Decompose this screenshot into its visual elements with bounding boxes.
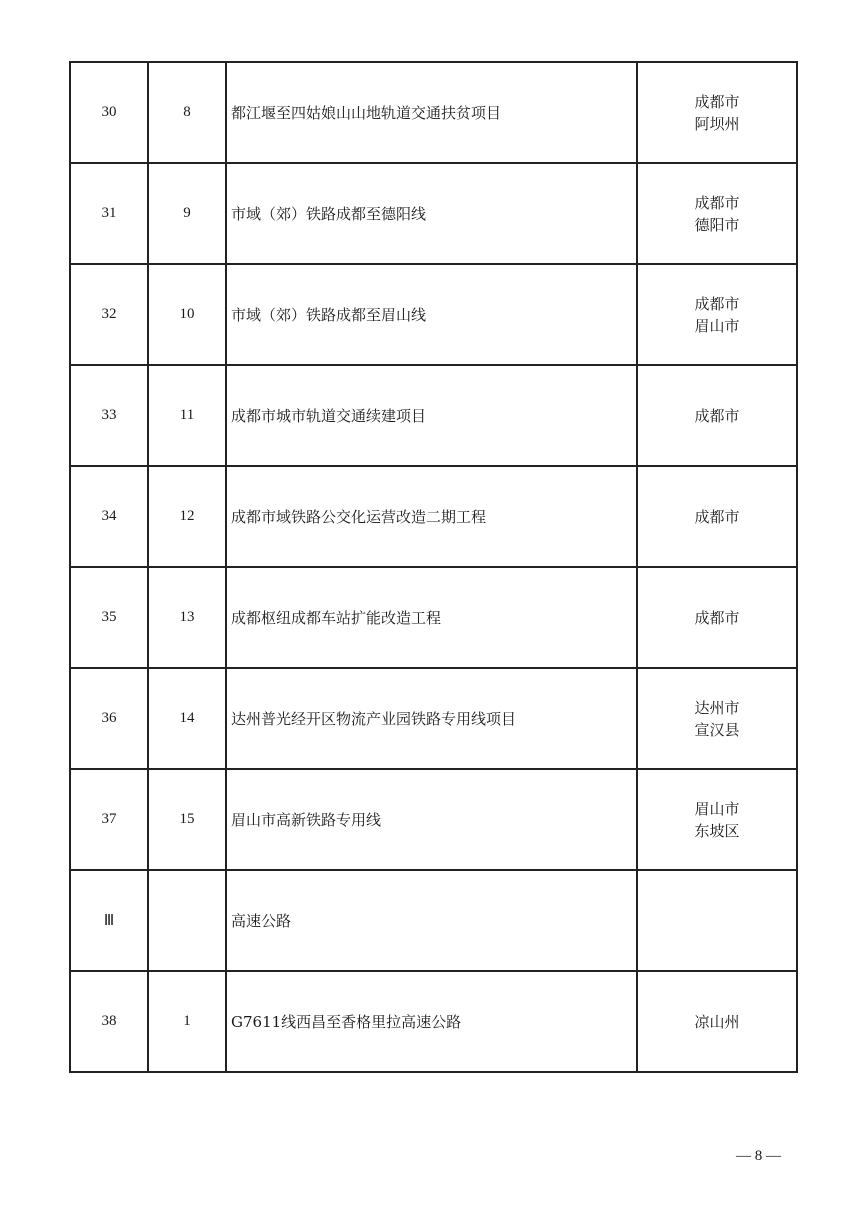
- region-name: 眉山市: [638, 798, 796, 820]
- row-sub-number: 8: [148, 62, 226, 163]
- table-row: Ⅲ高速公路: [70, 870, 797, 971]
- project-name: 都江堰至四姑娘山山地轨道交通扶贫项目: [226, 62, 637, 163]
- region-name: 凉山州: [638, 1011, 796, 1033]
- region-name: 成都市: [638, 91, 796, 113]
- project-regions: 达州市宣汉县: [637, 668, 797, 769]
- region-name: 成都市: [638, 192, 796, 214]
- project-regions: 成都市德阳市: [637, 163, 797, 264]
- region-name: 成都市: [638, 506, 796, 528]
- project-name: 达州普光经开区物流产业园铁路专用线项目: [226, 668, 637, 769]
- row-sequence-number: 35: [70, 567, 148, 668]
- table-row: 3210市域（郊）铁路成都至眉山线成都市眉山市: [70, 264, 797, 365]
- row-sequence-number: 36: [70, 668, 148, 769]
- project-table: 308都江堰至四姑娘山山地轨道交通扶贫项目成都市阿坝州319市域（郊）铁路成都至…: [69, 61, 798, 1073]
- row-sequence-number: 32: [70, 264, 148, 365]
- table-row: 381G7611线西昌至香格里拉高速公路凉山州: [70, 971, 797, 1072]
- region-name: 眉山市: [638, 315, 796, 337]
- project-name: 眉山市高新铁路专用线: [226, 769, 637, 870]
- row-sub-number: 1: [148, 971, 226, 1072]
- row-sequence-number: 38: [70, 971, 148, 1072]
- row-sub-number: [148, 870, 226, 971]
- table-row: 3311成都市城市轨道交通续建项目成都市: [70, 365, 797, 466]
- page-number: — 8 —: [736, 1148, 781, 1165]
- project-name: 成都市城市轨道交通续建项目: [226, 365, 637, 466]
- table-row: 308都江堰至四姑娘山山地轨道交通扶贫项目成都市阿坝州: [70, 62, 797, 163]
- row-sequence-number: 33: [70, 365, 148, 466]
- row-sequence-number: 37: [70, 769, 148, 870]
- region-name: 阿坝州: [638, 113, 796, 135]
- row-sub-number: 10: [148, 264, 226, 365]
- project-name: G7611线西昌至香格里拉高速公路: [226, 971, 637, 1072]
- region-name: 达州市: [638, 697, 796, 719]
- region-name: 宣汉县: [638, 719, 796, 741]
- row-sub-number: 11: [148, 365, 226, 466]
- table-row: 3412成都市域铁路公交化运营改造二期工程成都市: [70, 466, 797, 567]
- row-sequence-number: Ⅲ: [70, 870, 148, 971]
- region-name: 东坡区: [638, 820, 796, 842]
- project-regions: [637, 870, 797, 971]
- project-regions: 成都市阿坝州: [637, 62, 797, 163]
- row-sub-number: 14: [148, 668, 226, 769]
- project-name: 市域（郊）铁路成都至德阳线: [226, 163, 637, 264]
- row-sequence-number: 31: [70, 163, 148, 264]
- table-row: 3513成都枢纽成都车站扩能改造工程成都市: [70, 567, 797, 668]
- project-name: 成都枢纽成都车站扩能改造工程: [226, 567, 637, 668]
- project-regions: 眉山市东坡区: [637, 769, 797, 870]
- region-name: 德阳市: [638, 214, 796, 236]
- row-sequence-number: 34: [70, 466, 148, 567]
- region-name: 成都市: [638, 405, 796, 427]
- row-sub-number: 12: [148, 466, 226, 567]
- project-name: 成都市域铁路公交化运营改造二期工程: [226, 466, 637, 567]
- region-name: 成都市: [638, 293, 796, 315]
- project-name: 高速公路: [226, 870, 637, 971]
- project-regions: 成都市: [637, 365, 797, 466]
- project-regions: 凉山州: [637, 971, 797, 1072]
- project-regions: 成都市: [637, 567, 797, 668]
- row-sub-number: 9: [148, 163, 226, 264]
- row-sub-number: 13: [148, 567, 226, 668]
- table-row: 3614达州普光经开区物流产业园铁路专用线项目达州市宣汉县: [70, 668, 797, 769]
- row-sequence-number: 30: [70, 62, 148, 163]
- table-row: 319市域（郊）铁路成都至德阳线成都市德阳市: [70, 163, 797, 264]
- row-sub-number: 15: [148, 769, 226, 870]
- region-name: 成都市: [638, 607, 796, 629]
- project-regions: 成都市: [637, 466, 797, 567]
- project-name: 市域（郊）铁路成都至眉山线: [226, 264, 637, 365]
- project-regions: 成都市眉山市: [637, 264, 797, 365]
- table-row: 3715眉山市高新铁路专用线眉山市东坡区: [70, 769, 797, 870]
